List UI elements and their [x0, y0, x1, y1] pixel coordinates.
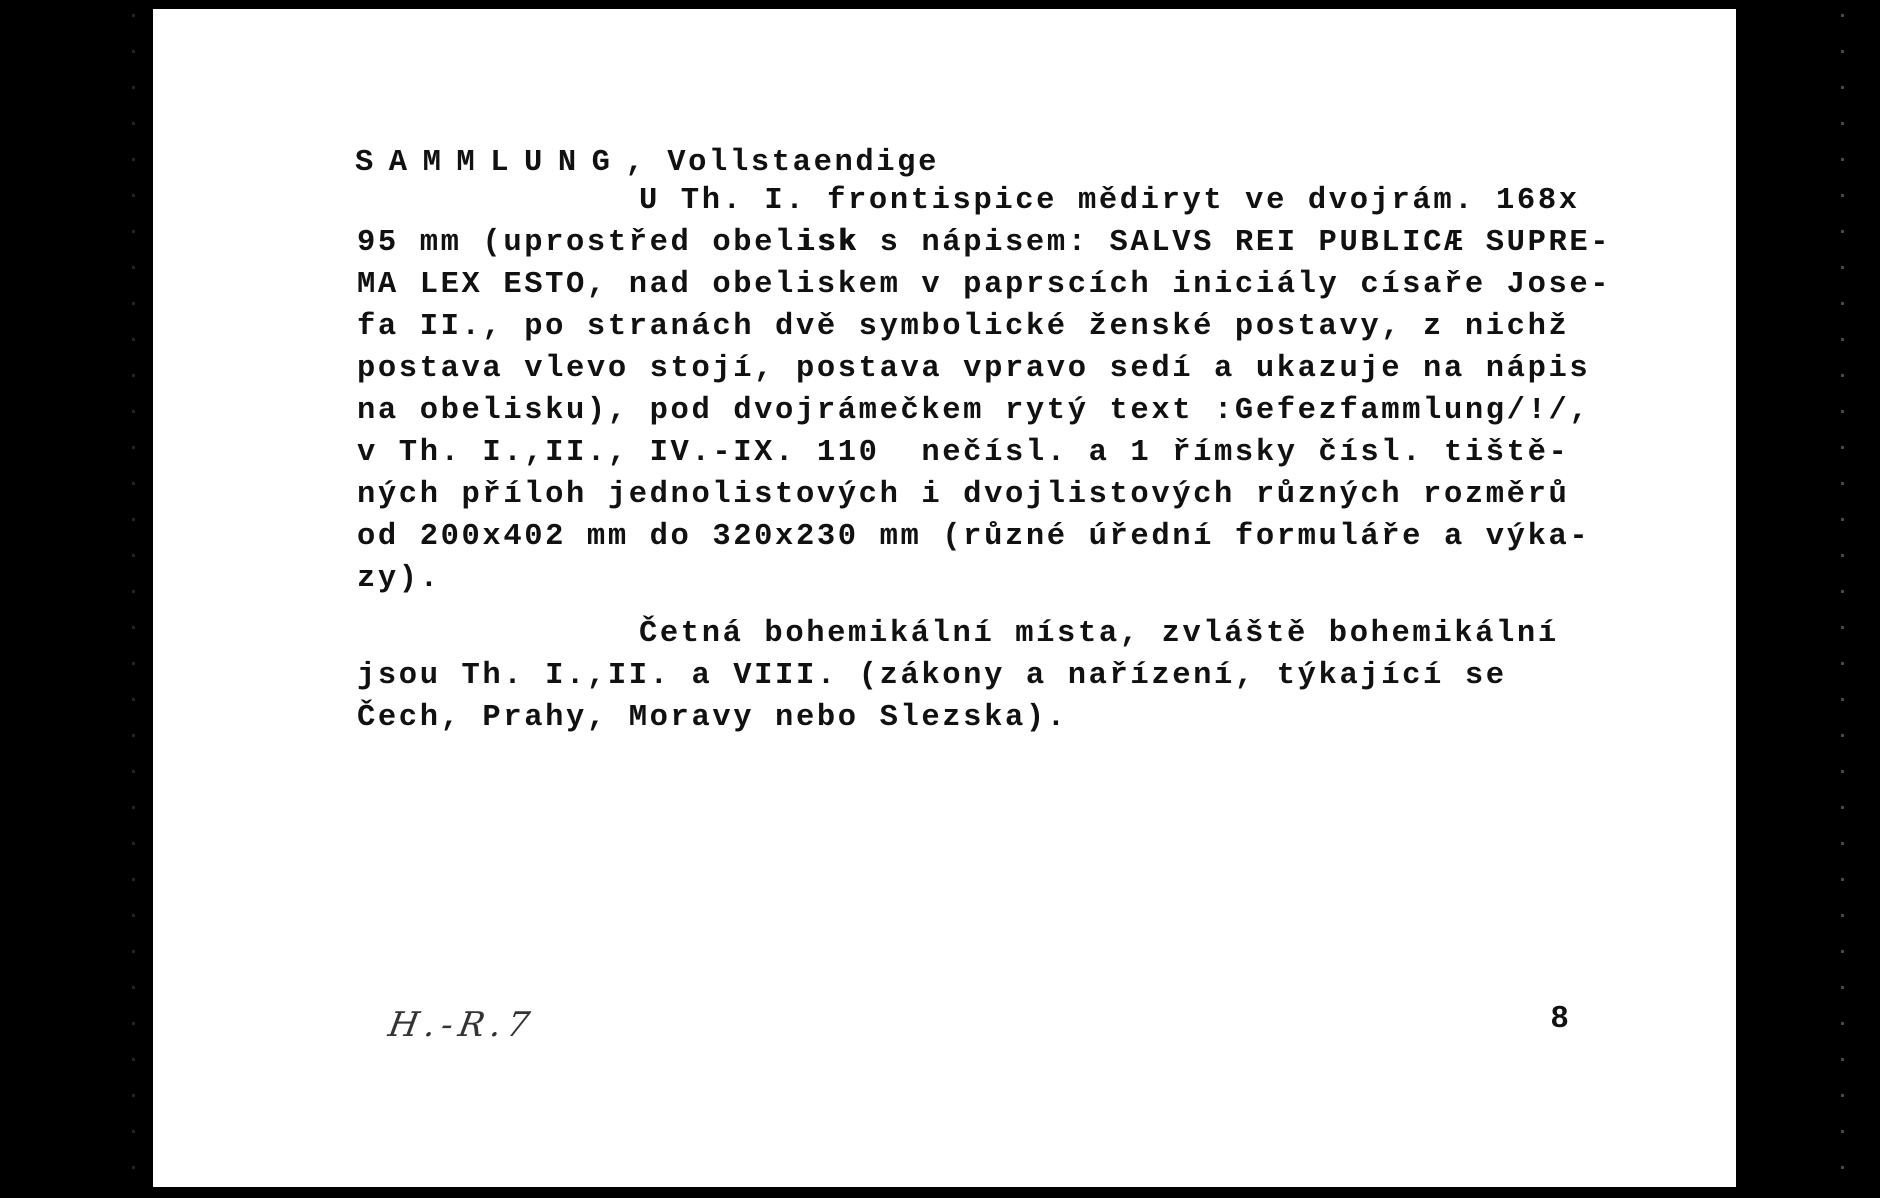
paragraph2-line-1: Četná bohemikální místa, zvláště bohemik…: [357, 619, 1559, 649]
paragraph1-line-6: na obelisku), pod dvojrámečkem rytý text…: [357, 396, 1590, 426]
paragraph2-line-3: Čech, Prahy, Moravy nebo Slezska).: [357, 703, 1068, 733]
catalog-card: SAMMLUNG, Vollstaendige U Th. I. frontis…: [153, 9, 1736, 1187]
paragraph1-line-8: ných příloh jednolistových i dvojlistový…: [357, 480, 1569, 510]
paragraph1-line-1: U Th. I. frontispice mědiryt ve dvojrám.…: [357, 186, 1580, 216]
paragraph1-line-7: v Th. I.,II., IV.-IX. 110 nečísl. a 1 ří…: [357, 438, 1569, 468]
line2-end: s nápisem: SALVS REI PUBLICÆ SUPRE-: [859, 226, 1612, 260]
paragraph1-line-4: fa II., po stranách dvě symbolické žensk…: [357, 312, 1569, 342]
film-edge-marks-left: [132, 0, 135, 1198]
heading-subtitle: , Vollstaendige: [625, 146, 939, 180]
paragraph1-line-10: zy).: [357, 564, 441, 594]
film-edge-marks-right: [1841, 0, 1844, 1198]
heading-title: SAMMLUNG: [355, 146, 625, 180]
overstruck-text: isk: [796, 226, 859, 260]
paragraph1-line-3: MA LEX ESTO, nad obeliskem v paprscích i…: [357, 270, 1611, 300]
page-number: 8: [1551, 999, 1568, 1035]
scan-frame: SAMMLUNG, Vollstaendige U Th. I. frontis…: [0, 0, 1880, 1198]
paragraph1-line-2: 95 mm (uprostřed obelisk s nápisem: SALV…: [357, 228, 1611, 258]
card-heading: SAMMLUNG, Vollstaendige: [355, 146, 939, 180]
line2-start: 95 mm (uprostřed obel: [357, 226, 796, 260]
paragraph1-line-5: postava vlevo stojí, postava vpravo sedí…: [357, 354, 1590, 384]
paragraph2-line-2: jsou Th. I.,II. a VIII. (zákony a naříze…: [357, 661, 1507, 691]
paragraph1-line-9: od 200x402 mm do 320x230 mm (různé úředn…: [357, 522, 1590, 552]
handwritten-shelfmark: H.-R.7: [385, 1005, 538, 1045]
